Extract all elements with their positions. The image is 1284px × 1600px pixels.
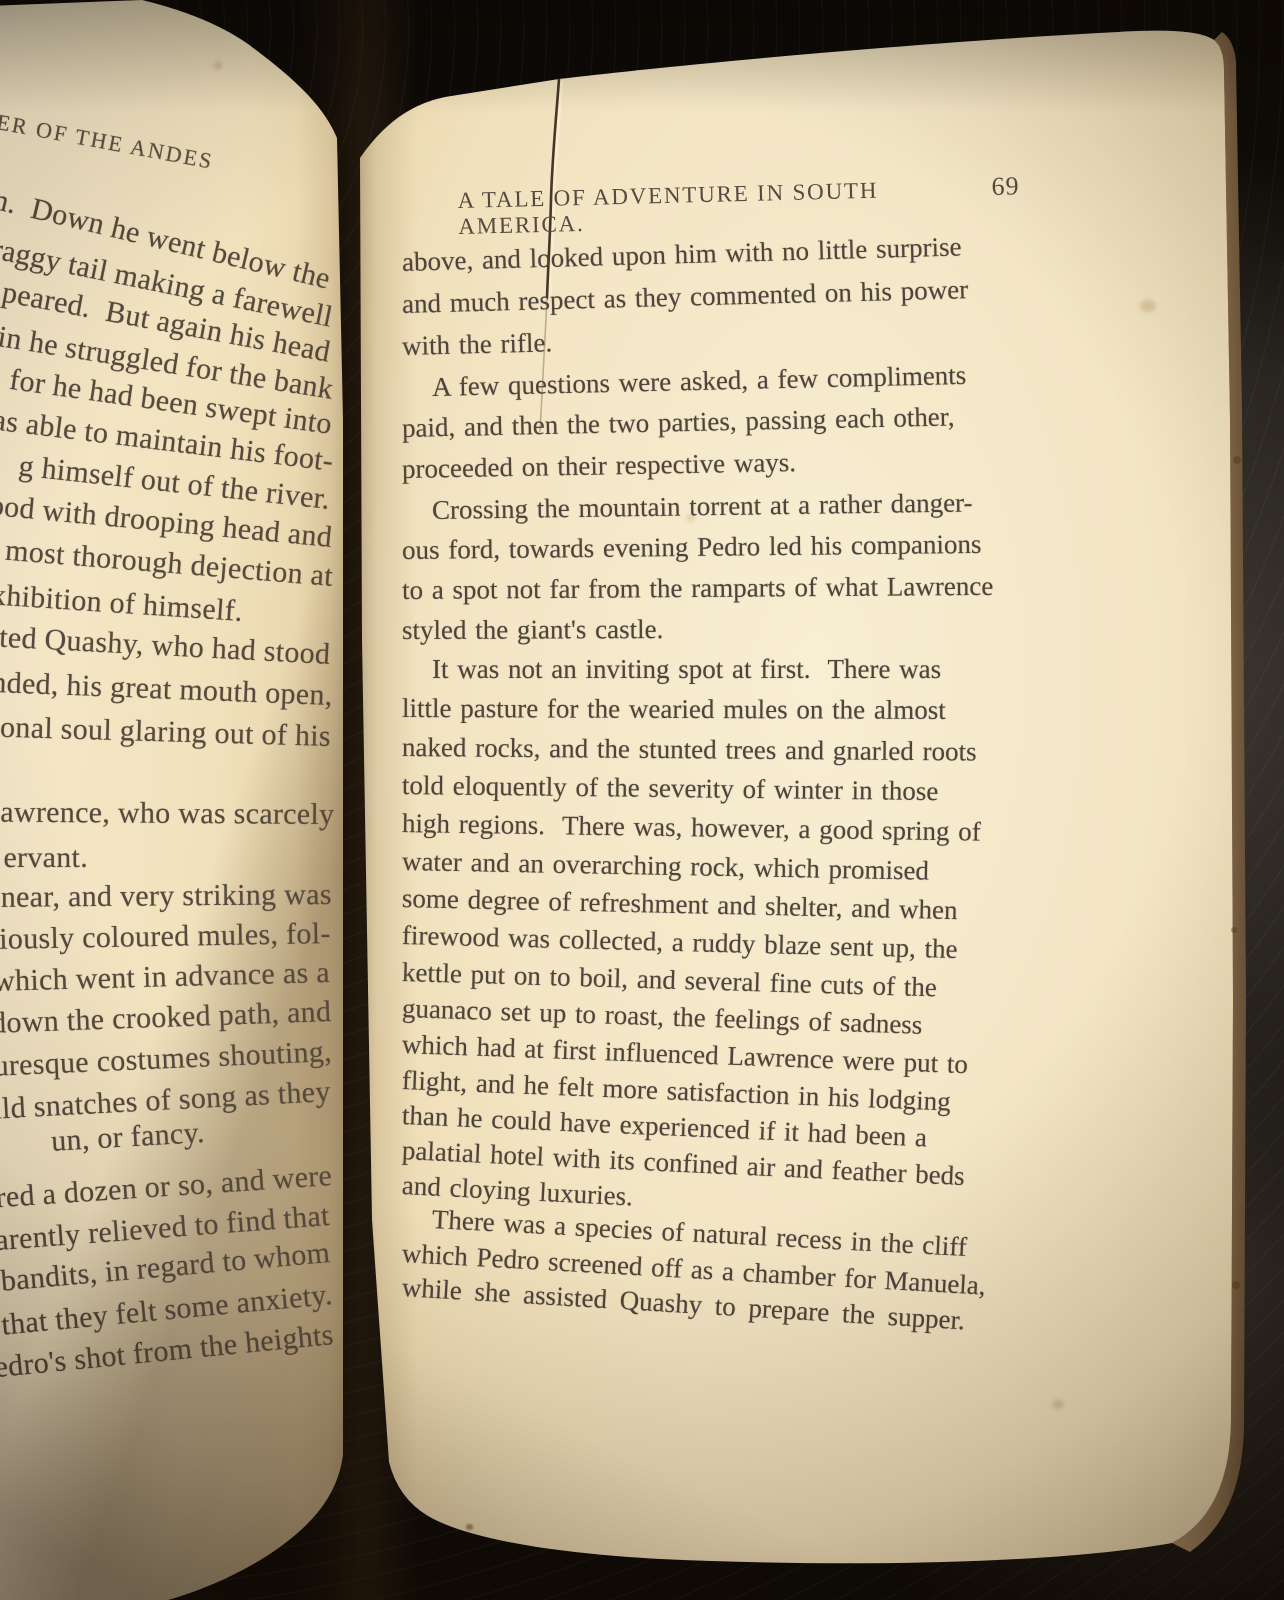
- text-line: to a spot not far from the ramparts of w…: [402, 570, 994, 606]
- text-line: styled the giant's castle.: [402, 613, 663, 646]
- text-line: and much respect as they commented on hi…: [402, 273, 969, 320]
- text-line: water and an overarching rock, which pro…: [402, 845, 930, 887]
- book-photo: { "photo": { "background_dark": "#0c0906…: [0, 0, 1284, 1600]
- chapter-header: A TALE OF ADVENTURE IN SOUTH AMERICA.: [457, 175, 992, 240]
- right-page: A TALE OF ADVENTURE IN SOUTH AMERICA. 69…: [0, 0, 1284, 1600]
- page-number: 69: [991, 171, 1020, 202]
- text-line: little pasture for the wearied mules on …: [402, 692, 946, 726]
- text-line: Crossing the mountain torrent at a rathe…: [432, 486, 973, 526]
- text-line: proceeded on their respective ways.: [402, 446, 797, 485]
- text-line: ous ford, towards evening Pedro led his …: [402, 528, 982, 566]
- text-line: high regions. There was, however, a good…: [402, 807, 981, 848]
- text-line: paid, and then the two parties, passing …: [402, 400, 955, 444]
- text-line: It was not an inviting spot at first. Th…: [432, 653, 941, 685]
- text-line: with the rifle.: [402, 326, 553, 362]
- text-line: naked rocks, and the stunted trees and g…: [402, 731, 977, 768]
- text-line: told eloquently of the severity of winte…: [402, 769, 939, 807]
- right-running-header: A TALE OF ADVENTURE IN SOUTH AMERICA. 69: [457, 171, 1020, 240]
- text-line: some degree of refreshment and shelter, …: [402, 882, 958, 926]
- text-line: A few questions were asked, a few compli…: [432, 359, 967, 403]
